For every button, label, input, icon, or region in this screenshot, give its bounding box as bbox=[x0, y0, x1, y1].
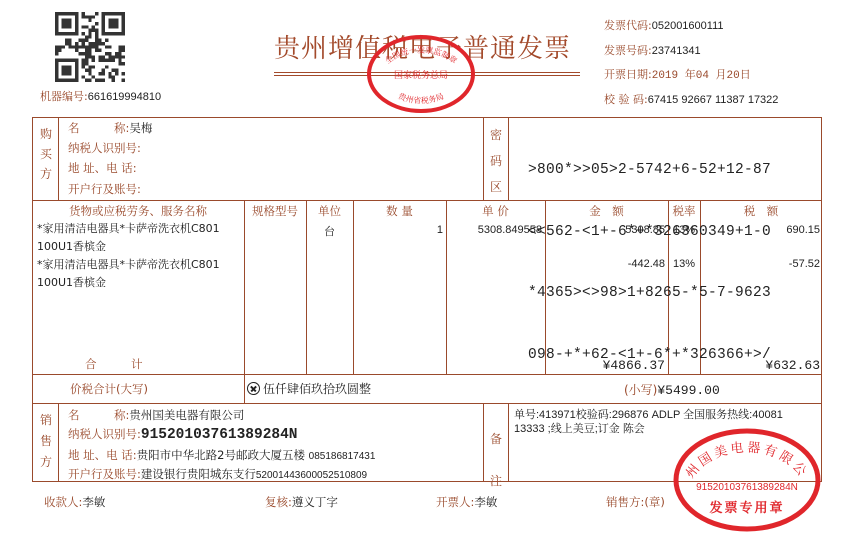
seller-tax-id-label: 纳税人识别号: bbox=[68, 426, 141, 442]
cipher-line: *4365><>98>1+8265-*5-7-9623 bbox=[528, 283, 771, 304]
col-header-amount: 金 额 bbox=[545, 203, 668, 219]
buyer-side-label: 购 买 方 bbox=[34, 124, 58, 184]
seller-bank-value: 建设银行贵阳城东支行 bbox=[141, 467, 256, 481]
side-char: 购 bbox=[34, 124, 58, 144]
svg-text:贵州省税务局: 贵州省税务局 bbox=[397, 91, 445, 106]
check-code-value: 67415 92667 11387 17322 bbox=[648, 94, 779, 106]
machine-number-label: 机器编号: bbox=[40, 90, 88, 103]
divider bbox=[508, 403, 509, 482]
tax-bureau-stamp-icon: 全国统一发票监制章 国家税务总局 贵州省税务局 bbox=[366, 34, 476, 114]
buyer-name: 名 称:吴梅 bbox=[68, 120, 152, 136]
buyer-tax-id: 纳税人识别号: bbox=[68, 140, 141, 156]
grand-total-lower-value: ¥5499.00 bbox=[657, 383, 719, 398]
divider bbox=[32, 403, 822, 404]
col-header-unit: 单位 bbox=[306, 203, 353, 219]
table-row-tax: 690.15 bbox=[700, 224, 820, 236]
seller-address: 地 址、电 话:贵阳市中华北路2号邮政大厦五楼 085186817431 bbox=[68, 447, 375, 463]
side-char: 备 bbox=[484, 418, 508, 460]
reviewer-label: 复核: bbox=[265, 495, 292, 509]
grand-total-label: 价税合计(大写) bbox=[70, 381, 148, 397]
buyer-name-label: 名 称: bbox=[68, 120, 129, 136]
payee: 收款人:李敏 bbox=[44, 494, 105, 510]
total-tax: ¥632.63 bbox=[700, 358, 820, 373]
table-row-unit: 台 bbox=[306, 223, 353, 239]
seller-phone-value: 085186817431 bbox=[309, 451, 376, 462]
reviewer: 复核:遵义丁字 bbox=[265, 494, 338, 510]
issuer: 开票人:李敏 bbox=[436, 494, 497, 510]
remarks-side-label: 备 注 bbox=[484, 418, 508, 502]
table-row-quantity: 1 bbox=[353, 224, 443, 236]
col-header-item-name: 货物或应税劳务、服务名称 bbox=[32, 203, 244, 219]
seller-name-value: 贵州国美电器有限公司 bbox=[129, 408, 244, 422]
buyer-address: 地 址、电 话: bbox=[68, 160, 137, 176]
check-code-label: 校 验 码: bbox=[604, 93, 648, 106]
buyer-tax-id-label: 纳税人识别号: bbox=[68, 140, 141, 156]
invoice-number-label: 发票号码: bbox=[604, 44, 652, 57]
issue-date: 开票日期:2019 年04 月20日 bbox=[604, 66, 751, 82]
seller-bank: 开户行及账号:建设银行贵阳城东支行52001443600052510809 bbox=[68, 466, 367, 482]
side-char: 码 bbox=[484, 148, 508, 174]
seller-name: 名 称:贵州国美电器有限公司 bbox=[68, 407, 244, 423]
side-char: 售 bbox=[34, 431, 58, 452]
invoice-code-value: 052001600111 bbox=[652, 20, 724, 32]
side-char: 方 bbox=[34, 164, 58, 184]
payee-value: 李敏 bbox=[82, 495, 105, 509]
reviewer-value: 遵义丁字 bbox=[292, 495, 338, 509]
col-header-tax-rate: 税率 bbox=[668, 203, 700, 219]
check-code: 校 验 码:67415 92667 11387 17322 bbox=[604, 91, 778, 107]
qr-code-icon bbox=[55, 12, 125, 82]
cipher-side-label: 密 码 区 bbox=[484, 122, 508, 200]
side-char: 区 bbox=[484, 174, 508, 200]
svg-text:全国统一发票监制章: 全国统一发票监制章 bbox=[383, 45, 459, 66]
invoice-code: 发票代码:052001600111 bbox=[604, 17, 724, 33]
seller-tax-id-value: 91520103761389284N bbox=[141, 427, 298, 443]
seller-tax-id: 纳税人识别号:91520103761389284N bbox=[68, 426, 298, 443]
seller-address-value: 贵阳市中华北路2号邮政大厦五楼 bbox=[137, 448, 305, 462]
table-row-tax-rate: 13% bbox=[668, 224, 700, 236]
machine-number: 机器编号:661619994810 bbox=[40, 88, 161, 104]
col-header-quantity: 数 量 bbox=[353, 203, 446, 219]
invoice-number: 发票号码:23741341 bbox=[604, 42, 701, 58]
seller-seal-label-text: 销售方:(章) bbox=[606, 495, 665, 509]
cipher-line: >800*>>05>2-5742+6-52+12-87 bbox=[528, 160, 771, 181]
table-row-tax-rate: 13% bbox=[668, 258, 700, 270]
cipher-text: >800*>>05>2-5742+6-52+12-87 <<562-<1+-6*… bbox=[528, 119, 771, 386]
table-row-amount: 5308.85 bbox=[545, 224, 665, 236]
buyer-name-value: 吴梅 bbox=[129, 121, 152, 135]
seller-address-label: 地 址、电 话: bbox=[68, 447, 137, 463]
col-header-unit-price: 单 价 bbox=[446, 203, 545, 219]
circled-x-icon bbox=[247, 382, 260, 395]
col-header-spec: 规格型号 bbox=[244, 203, 306, 219]
invoice-number-value: 23741341 bbox=[652, 45, 701, 57]
table-row-tax: -57.52 bbox=[700, 258, 820, 270]
buyer-bank-label: 开户行及账号: bbox=[68, 181, 141, 197]
divider bbox=[508, 117, 509, 200]
issuer-value: 李敏 bbox=[474, 495, 497, 509]
table-row-item-name: *家用清洁电器具*卡萨帝洗衣机C801 100U1香槟金 bbox=[37, 256, 247, 292]
table-row-amount: -442.48 bbox=[545, 258, 665, 270]
side-char: 密 bbox=[484, 122, 508, 148]
payee-label: 收款人: bbox=[44, 495, 82, 509]
invoice-code-label: 发票代码: bbox=[604, 19, 652, 32]
issue-date-label: 开票日期: bbox=[604, 68, 652, 81]
issuer-label: 开票人: bbox=[436, 495, 474, 509]
svg-text:发票专用章: 发票专用章 bbox=[708, 500, 784, 516]
side-char: 方 bbox=[34, 452, 58, 473]
buyer-address-label: 地 址、电 话: bbox=[68, 160, 137, 176]
svg-text:91520103761389284N: 91520103761389284N bbox=[696, 482, 798, 493]
svg-text:国家税务总局: 国家税务总局 bbox=[394, 69, 448, 81]
total-label: 合 计 bbox=[85, 356, 143, 372]
seller-name-label: 名 称: bbox=[68, 407, 129, 423]
total-amount: ¥4866.37 bbox=[545, 358, 665, 373]
grand-total-lower-label: (小写) bbox=[624, 383, 657, 397]
grand-total-lower: (小写)¥5499.00 bbox=[624, 381, 720, 398]
seller-side-label: 销 售 方 bbox=[34, 410, 58, 473]
issue-date-value: 2019 年04 月20日 bbox=[652, 70, 751, 82]
grand-total-upper: 伍仟肆佰玖拾玖圆整 bbox=[247, 380, 371, 397]
buyer-bank: 开户行及账号: bbox=[68, 181, 141, 197]
table-row-item-name: *家用清洁电器具*卡萨帝洗衣机C801 100U1香槟金 bbox=[37, 220, 247, 256]
table-row-unit-price: 5308.849558 bbox=[446, 224, 542, 236]
grand-total-upper-value: 伍仟肆佰玖拾玖圆整 bbox=[263, 380, 371, 397]
seller-bank-label: 开户行及账号: bbox=[68, 466, 141, 482]
seller-seal-label: 销售方:(章) bbox=[606, 494, 665, 510]
divider bbox=[58, 117, 59, 200]
seller-account-value: 52001443600052510809 bbox=[256, 470, 367, 481]
side-char: 销 bbox=[34, 410, 58, 431]
side-char: 买 bbox=[34, 144, 58, 164]
machine-number-value: 661619994810 bbox=[88, 91, 161, 103]
seller-invoice-stamp-icon: 贵州国美电器有限公司 91520103761389284N 发票专用章 bbox=[672, 428, 822, 532]
col-header-tax: 税 额 bbox=[700, 203, 822, 219]
divider bbox=[58, 403, 59, 482]
svg-text:贵州国美电器有限公司: 贵州国美电器有限公司 bbox=[672, 428, 811, 481]
